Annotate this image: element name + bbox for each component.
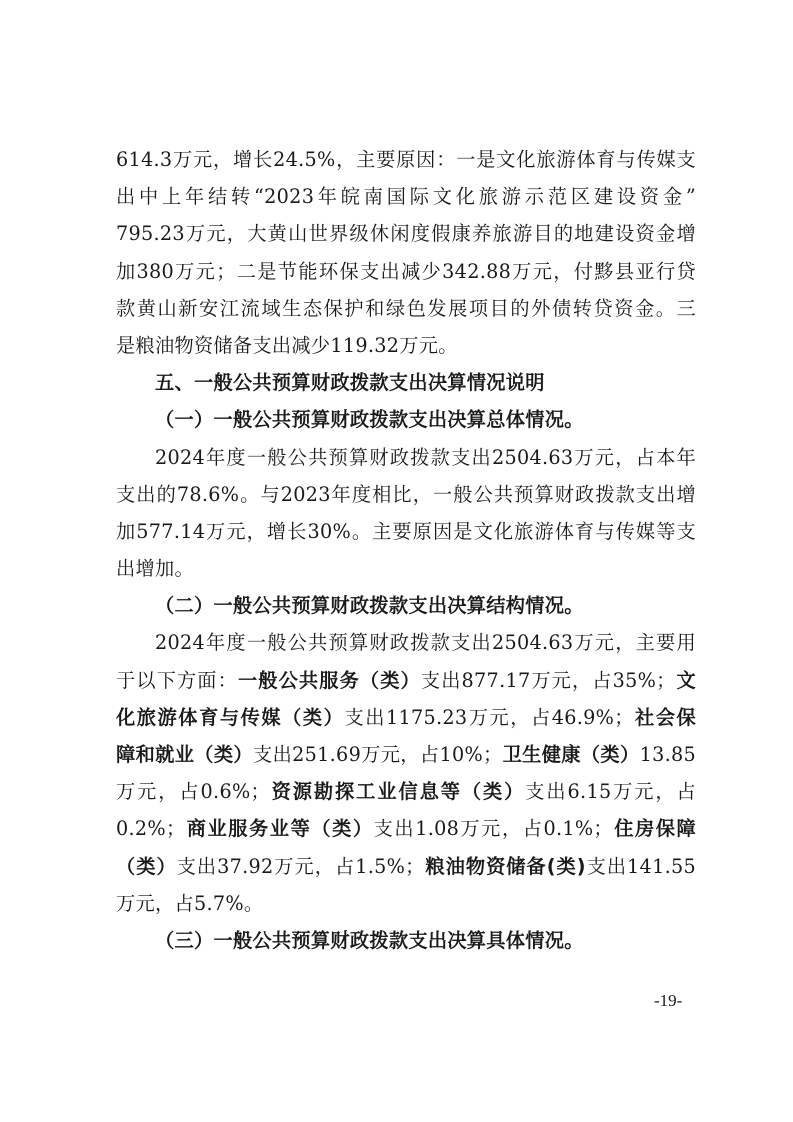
text: 0.2%； xyxy=(116,817,185,840)
category-label: 住房保障 xyxy=(613,817,696,840)
text: 于以下方面： xyxy=(116,669,238,692)
body-line: 0.2%；商业服务业等（类）支出1.08万元，占0.1%；住房保障 xyxy=(116,810,696,847)
body-line: 2024年度一般公共预算财政拨款支出2504.63万元，占本年 xyxy=(116,439,696,476)
body-line: 万元，占0.6%；资源勘探工业信息等（类）支出6.15万元，占 xyxy=(116,773,696,810)
page-number: -19- xyxy=(654,991,682,1011)
category-label: 资源勘探工业信息等（类） xyxy=(270,780,525,803)
text: 支出877.17万元，占35%； xyxy=(421,669,676,692)
category-label: 化旅游体育与传媒（类） xyxy=(116,706,344,729)
body-line: 加577.14万元，增长30%。主要原因是文化旅游体育与传媒等支 xyxy=(116,513,696,550)
body-line: 2024年度一般公共预算财政拨款支出2504.63万元，主要用 xyxy=(116,624,696,661)
body-line: 障和就业（类）支出251.69万元，占10%；卫生健康（类）13.85 xyxy=(116,736,696,773)
body-line: 是粮油物资储备支出减少119.32万元。 xyxy=(116,327,696,364)
body-line: 化旅游体育与传媒（类）支出1175.23万元，占46.9%；社会保 xyxy=(116,699,696,736)
category-label: 社会保 xyxy=(634,706,696,729)
text: 13.85 xyxy=(640,743,696,766)
text: 支出6.15万元，占 xyxy=(525,780,696,803)
category-label: 粮油物资储备(类) xyxy=(425,855,586,878)
category-label: （类） xyxy=(116,855,177,878)
category-label: 商业服务业等（类） xyxy=(185,817,373,840)
body-line: 于以下方面：一般公共服务（类）支出877.17万元，占35%；文 xyxy=(116,662,696,699)
body-line: 出中上年结转“2023年皖南国际文化旅游示范区建设资金” xyxy=(116,178,696,215)
body-line: 795.23万元，大黄山世界级休闲度假康养旅游目的地建设资金增 xyxy=(116,215,696,252)
subsection-heading-3: （三）一般公共预算财政拨款支出决算具体情况。 xyxy=(116,922,696,959)
body-line: 万元，占5.7%。 xyxy=(116,885,696,922)
category-label: 文 xyxy=(676,669,696,692)
body-line: 加380万元；二是节能环保支出减少342.88万元，付黟县亚行贷 xyxy=(116,253,696,290)
body-line: （类）支出37.92万元，占1.5%；粮油物资储备(类)支出141.55 xyxy=(116,848,696,885)
text: 支出37.92万元，占1.5%； xyxy=(177,855,425,878)
section-heading: 五、一般公共预算财政拨款支出决算情况说明 xyxy=(116,364,696,401)
text: 支出141.55 xyxy=(586,855,696,878)
subsection-heading-1: （一）一般公共预算财政拨款支出决算总体情况。 xyxy=(116,401,696,438)
body-line: 款黄山新安江流域生态保护和绿色发展项目的外债转贷资金。三 xyxy=(116,290,696,327)
text: 万元，占0.6%； xyxy=(116,780,270,803)
document-page: 614.3万元，增长24.5%，主要原因：一是文化旅游体育与传媒支 出中上年结转… xyxy=(116,141,696,959)
body-line: 出增加。 xyxy=(116,550,696,587)
body-line: 支出的78.6%。与2023年度相比，一般公共预算财政拨款支出增 xyxy=(116,476,696,513)
category-label: 障和就业（类） xyxy=(116,743,253,766)
category-label: 卫生健康（类） xyxy=(502,743,639,766)
subsection-heading-2: （二）一般公共预算财政拨款支出决算结构情况。 xyxy=(116,587,696,624)
text: 支出1175.23万元，占46.9%； xyxy=(344,706,633,729)
body-line: 614.3万元，增长24.5%，主要原因：一是文化旅游体育与传媒支 xyxy=(116,141,696,178)
text: 支出1.08万元，占0.1%； xyxy=(374,817,613,840)
category-label: 一般公共服务（类） xyxy=(238,669,421,692)
text: 支出251.69万元，占10%； xyxy=(253,743,502,766)
